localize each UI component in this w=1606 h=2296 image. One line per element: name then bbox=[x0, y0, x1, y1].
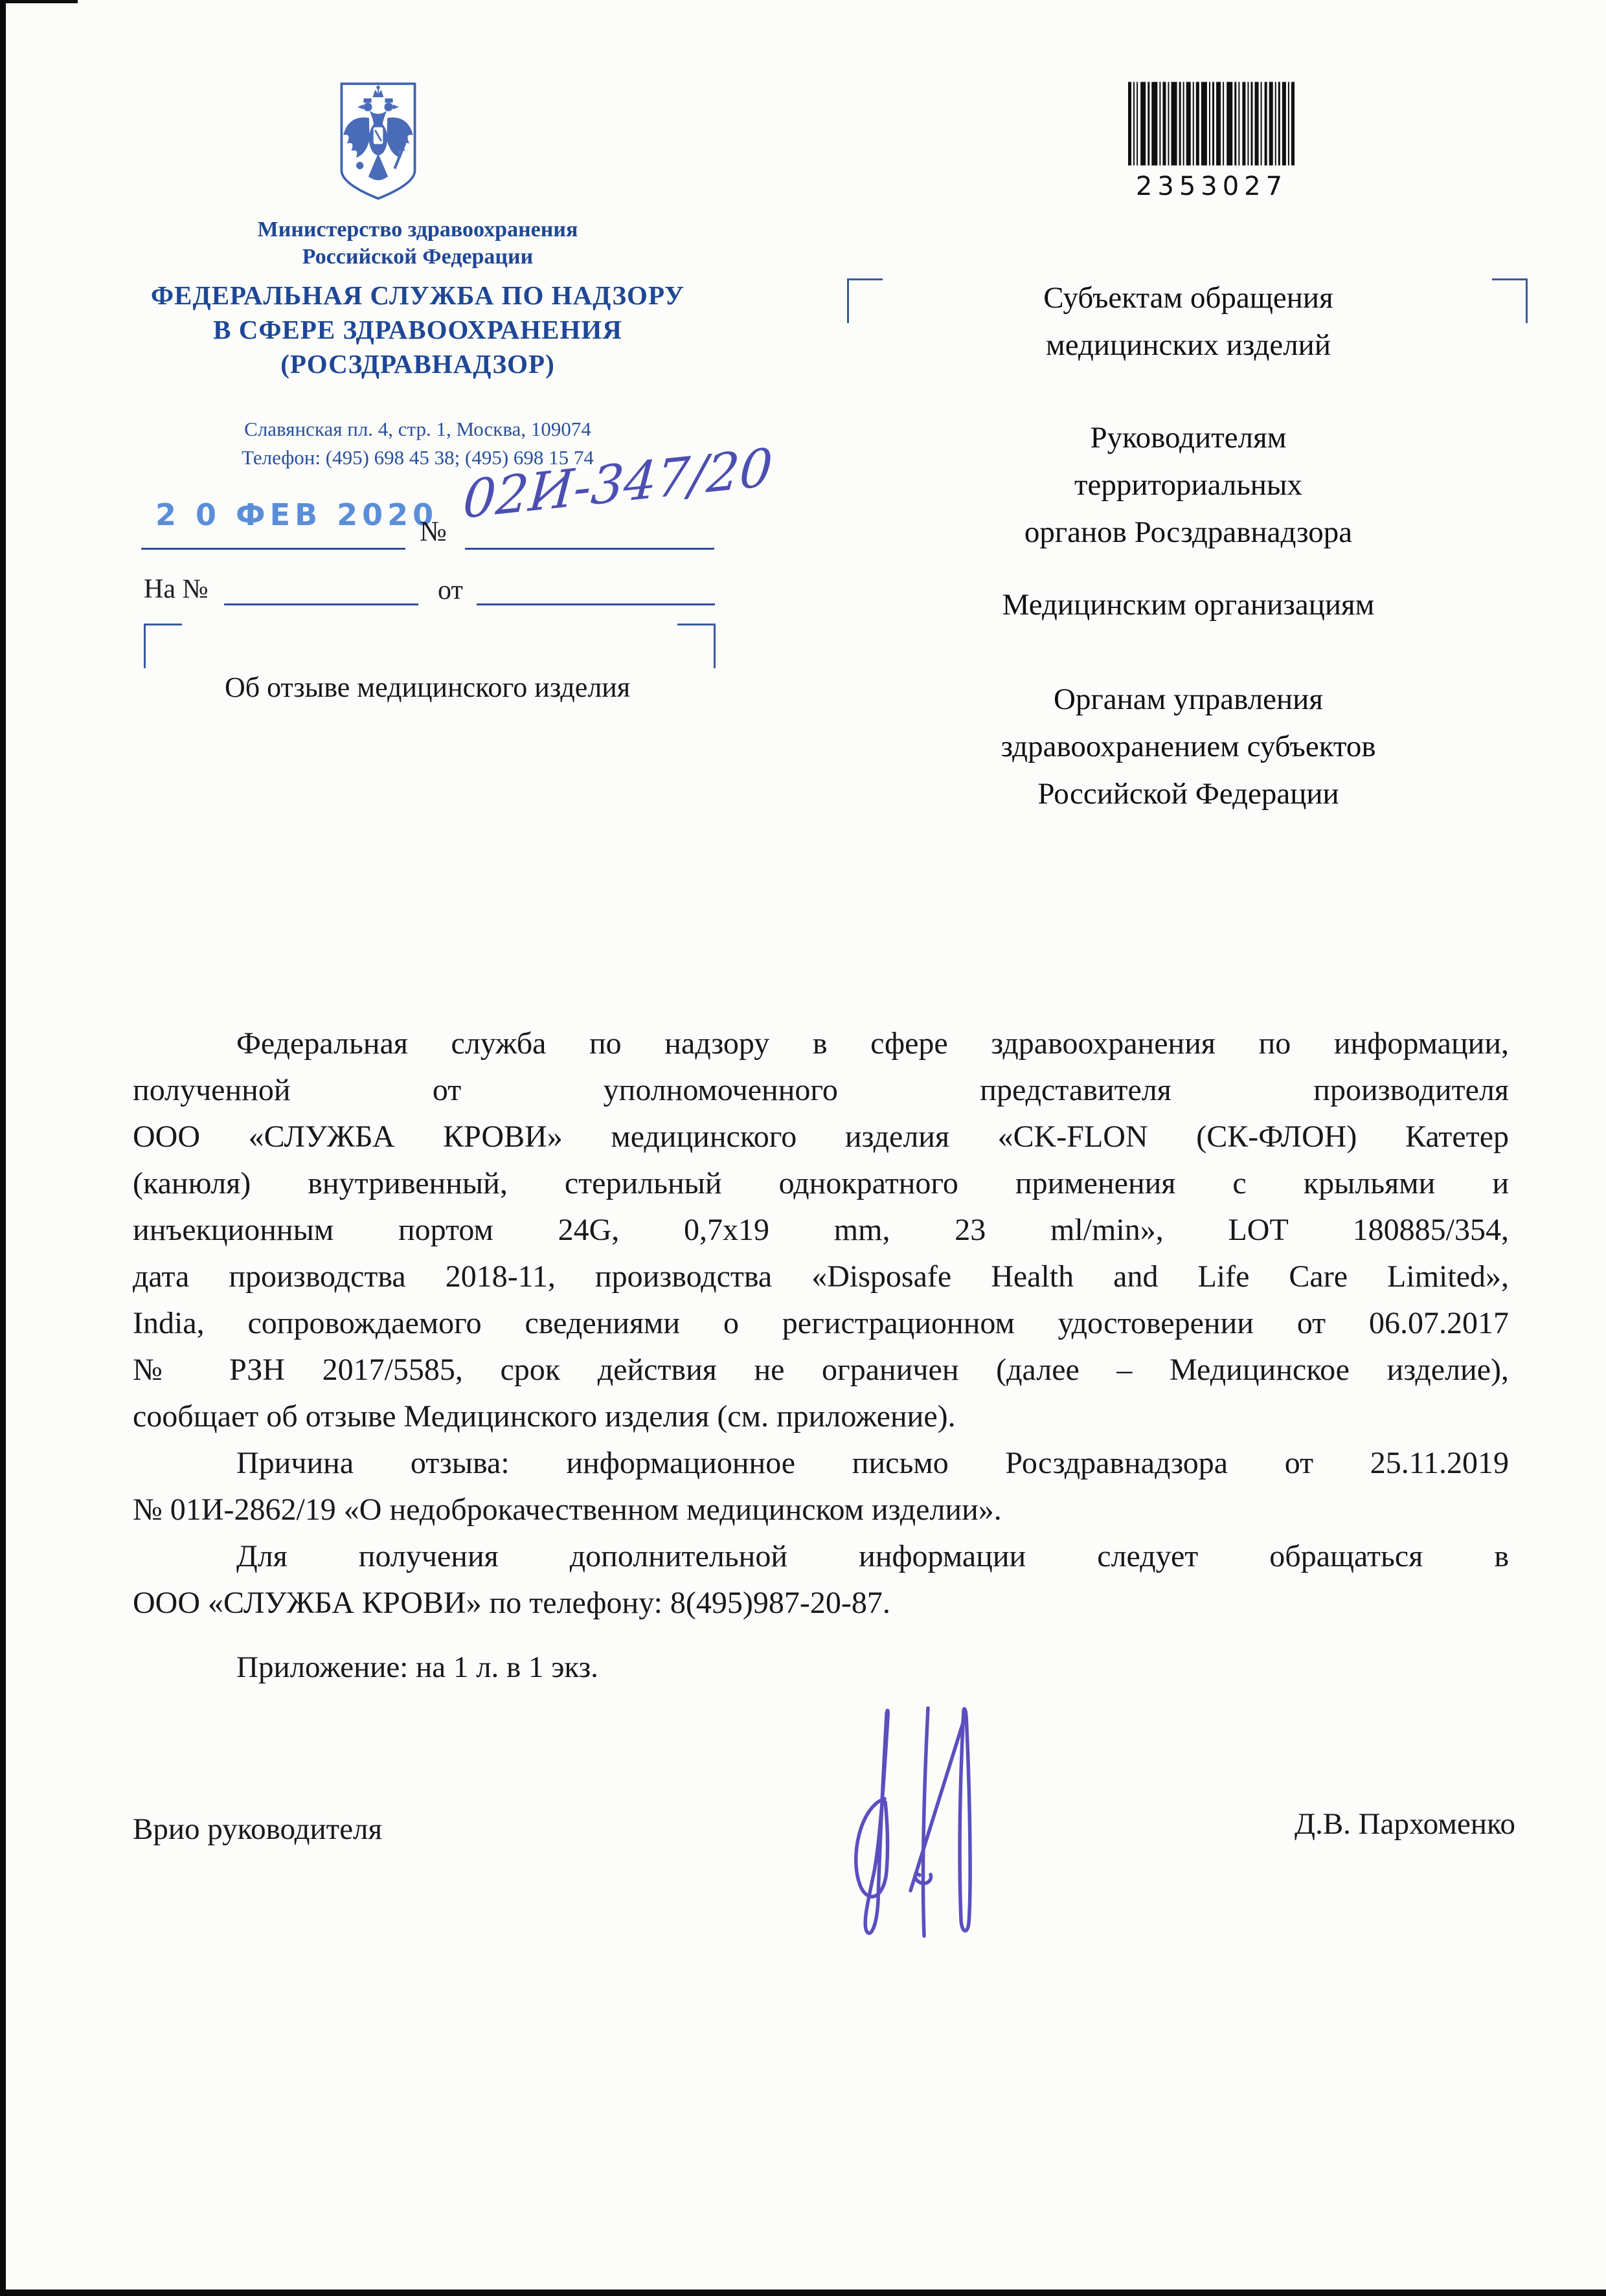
letter-page: Министерство здравоохранения Российской … bbox=[0, 0, 1606, 2296]
corner-bracket-left bbox=[144, 624, 182, 668]
recipient-line: Руководителям bbox=[861, 414, 1515, 462]
service-name-line2: В СФЕРЕ ЗДРАВООХРАНЕНИЯ bbox=[133, 314, 703, 345]
reply-date-underline bbox=[477, 603, 715, 605]
body-line: полученной от уполномоченного представит… bbox=[133, 1067, 1509, 1114]
body-paragraph: Причина отзыва: информационное письмо Ро… bbox=[133, 1440, 1509, 1533]
body-line: инъекционным портом 24G, 0,7x19 mm, 23 m… bbox=[133, 1207, 1509, 1254]
body-line: сообщает об отзыве Медицинского изделия … bbox=[133, 1393, 1509, 1440]
recipient-group: Субъектам обращениямедицинских изделий bbox=[861, 275, 1515, 369]
number-underline bbox=[465, 548, 714, 550]
date-underline bbox=[141, 548, 405, 550]
body-paragraph: Для получения дополнительной информации … bbox=[133, 1533, 1509, 1626]
signer-position: Врио руководителя bbox=[133, 1812, 382, 1847]
recipient-group: Органам управленияздравоохранением субъе… bbox=[861, 676, 1515, 818]
recipient-group: Медицинским организациям bbox=[861, 581, 1515, 629]
outgoing-number-label: № bbox=[420, 515, 447, 548]
ministry-name-line1: Министерство здравоохранения bbox=[133, 218, 703, 242]
letterhead-address: Славянская пл. 4, стр. 1, Москва, 109074 bbox=[133, 418, 703, 441]
recipient-line: здравоохранением субъектов bbox=[861, 723, 1515, 771]
body-line: № РЗН 2017/5585, срок действия не ограни… bbox=[133, 1347, 1509, 1393]
russia-coat-of-arms-icon bbox=[335, 79, 421, 203]
body-line: Для получения дополнительной информации … bbox=[133, 1533, 1509, 1580]
body-line: Федеральная служба по надзору в сфере зд… bbox=[133, 1020, 1509, 1067]
body-line: № 01И-2862/19 «О недоброкачественном мед… bbox=[133, 1487, 1509, 1533]
body-line: ООО «СЛУЖБА КРОВИ» по телефону: 8(495)98… bbox=[133, 1580, 1509, 1626]
body-line: Причина отзыва: информационное письмо Ро… bbox=[133, 1440, 1509, 1487]
reply-from-label: от bbox=[438, 575, 463, 606]
attachment-line: Приложение: на 1 л. в 1 экз. bbox=[133, 1650, 1509, 1685]
corner-bracket-right bbox=[677, 624, 716, 668]
recipient-line: медицинских изделий bbox=[861, 322, 1515, 369]
recipient-line: Медицинским организациям bbox=[861, 581, 1515, 629]
body-line: ООО «СЛУЖБА КРОВИ» медицинского изделия … bbox=[133, 1114, 1509, 1160]
signature-icon bbox=[822, 1677, 1030, 1949]
signer-name: Д.В. Пархоменко bbox=[1230, 1806, 1515, 1841]
scan-edge-top bbox=[0, 0, 78, 3]
scan-edge-left bbox=[0, 0, 6, 2296]
reply-number-underline bbox=[224, 603, 418, 605]
service-name-line3: (РОСЗДРАВНАДЗОР) bbox=[133, 348, 703, 379]
recipient-line: территориальных bbox=[861, 462, 1515, 509]
recipient-group: Руководителямтерриториальныхорганов Росз… bbox=[861, 414, 1515, 556]
recipient-line: Субъектам обращения bbox=[861, 275, 1515, 322]
subject-line: Об отзыве медицинского изделия bbox=[133, 671, 722, 704]
body-line: дата производства 2018-11, производства … bbox=[133, 1254, 1509, 1300]
recipient-line: Российской Федерации bbox=[861, 771, 1515, 818]
recipient-line: Органам управления bbox=[861, 676, 1515, 723]
reply-number-label: На № bbox=[144, 574, 209, 605]
barcode-number: 2353027 bbox=[1128, 172, 1295, 201]
service-name-line1: ФЕДЕРАЛЬНАЯ СЛУЖБА ПО НАДЗОРУ bbox=[133, 280, 703, 311]
date-stamp: 2 0 ФЕВ 2020 bbox=[155, 497, 438, 532]
barcode-bars-icon bbox=[1128, 82, 1295, 166]
ministry-name-line2: Российской Федерации bbox=[133, 245, 703, 269]
barcode: 2353027 bbox=[1128, 82, 1295, 201]
body-line: India, сопровождаемого сведениями о реги… bbox=[133, 1300, 1509, 1347]
body-paragraph: Федеральная служба по надзору в сфере зд… bbox=[133, 1020, 1509, 1440]
body-line: (канюля) внутривенный, стерильный однокр… bbox=[133, 1160, 1509, 1207]
scan-edge-bottom bbox=[0, 2290, 1606, 2296]
recipient-line: органов Росздравнадзора bbox=[861, 509, 1515, 556]
